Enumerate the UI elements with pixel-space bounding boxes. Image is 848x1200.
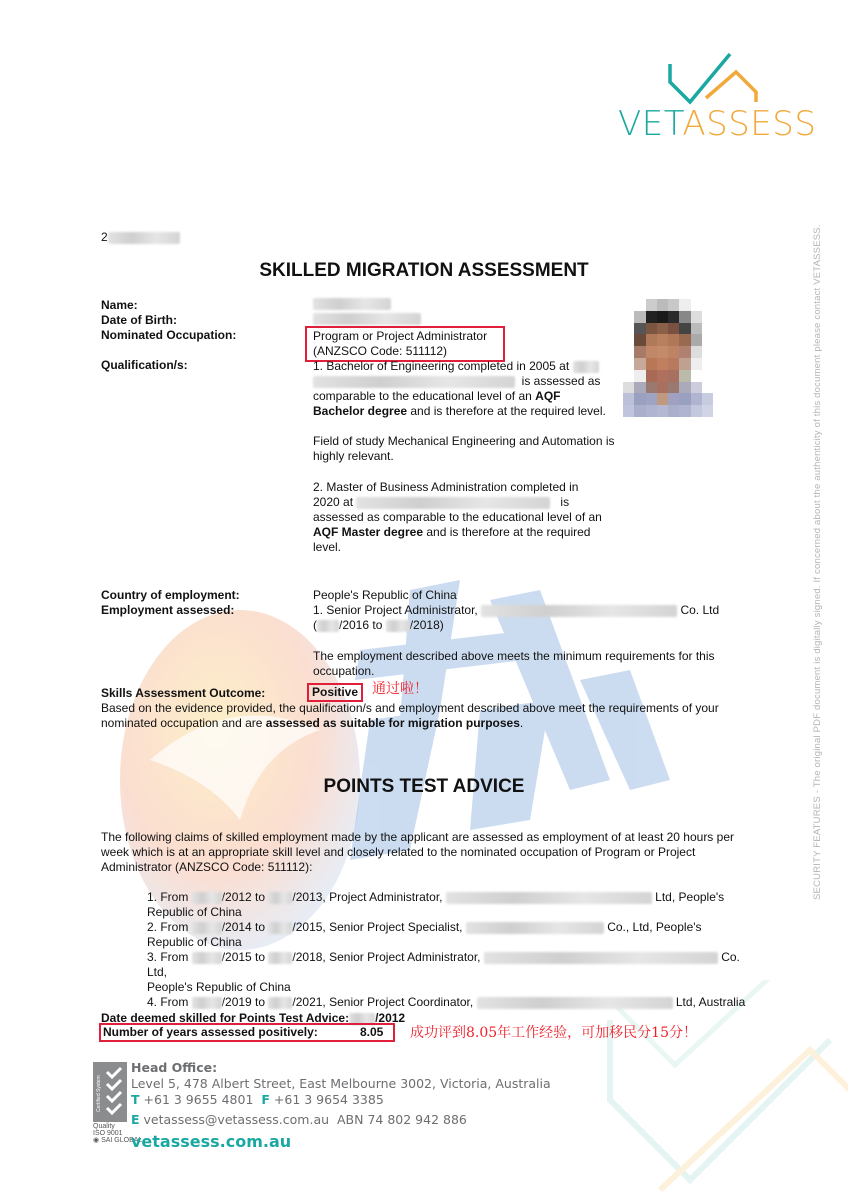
vetassess-logo: VETASSESS (614, 48, 804, 143)
years-assessed: Number of years assessed positively: 8.0… (99, 1023, 395, 1042)
footer-website[interactable]: vetassess.com.au (131, 1132, 291, 1151)
outcome-label: Skills Assessment Outcome: (101, 686, 265, 700)
list-item: 2. From /2014 to /2015, Senior Project S… (147, 920, 747, 935)
qualification-2: 2. Master of Business Administration com… (313, 480, 618, 555)
footer-email[interactable]: vetassess@vetassess.com.au (144, 1112, 330, 1127)
list-item-continuation: Republic of China (147, 905, 747, 920)
reference-number: 2 (101, 230, 180, 244)
list-item: 1. From /2012 to /2013, Project Administ… (147, 890, 747, 905)
dob-label: Date of Birth: (101, 313, 177, 327)
list-item-continuation: Republic of China (147, 935, 747, 950)
employment-label: Employment assessed: (101, 603, 234, 617)
outcome-annotation: 通过啦！ (372, 682, 428, 697)
employment-note: The employment described above meets the… (313, 649, 733, 679)
applicant-photo (623, 299, 713, 417)
page-title: SKILLED MIGRATION ASSESSMENT (0, 260, 848, 282)
outcome-value: Positive (307, 683, 363, 702)
field-of-study: Field of study Mechanical Engineering an… (313, 434, 618, 464)
svg-text:Certified System: Certified System (96, 1075, 102, 1112)
occupation-label: Nominated Occupation: (101, 328, 236, 342)
footer-address: Head Office: Level 5, 478 Albert Street,… (131, 1060, 551, 1128)
qualification-label: Qualification/s: (101, 358, 188, 372)
watermark-chevrons (600, 980, 848, 1200)
points-list: 1. From /2012 to /2013, Project Administ… (147, 890, 747, 1010)
years-annotation: 成功评到8.05年工作经验，可加移民分15分！ (410, 1022, 697, 1042)
list-item-continuation: People's Republic of China (147, 980, 747, 995)
iso-cert-badge: Certified System (93, 1062, 127, 1122)
points-intro: The following claims of skilled employme… (101, 830, 741, 875)
list-item: 4. From /2019 to /2021, Senior Project C… (147, 995, 747, 1010)
country-label: Country of employment: (101, 588, 240, 602)
points-title: POINTS TEST ADVICE (0, 776, 848, 798)
checkmarks-icon: Certified System (93, 1062, 127, 1122)
security-note: SECURITY FEATURES - The original PDF doc… (812, 224, 823, 900)
chevron-logo-icon (614, 48, 804, 108)
occupation-value: Program or Project Administrator (ANZSCO… (305, 326, 505, 362)
name-label: Name: (101, 298, 138, 312)
list-item: 3. From /2015 to /2018, Senior Project A… (147, 950, 747, 980)
qualification-1: 1. Bachelor of Engineering completed in … (313, 359, 613, 419)
country-value: People's Republic of China (313, 588, 457, 603)
name-value (313, 296, 391, 311)
employment-value: 1. Senior Project Administrator, Co. Ltd… (313, 603, 733, 633)
dob-value (313, 311, 421, 326)
outcome-text: Based on the evidence provided, the qual… (101, 701, 741, 731)
